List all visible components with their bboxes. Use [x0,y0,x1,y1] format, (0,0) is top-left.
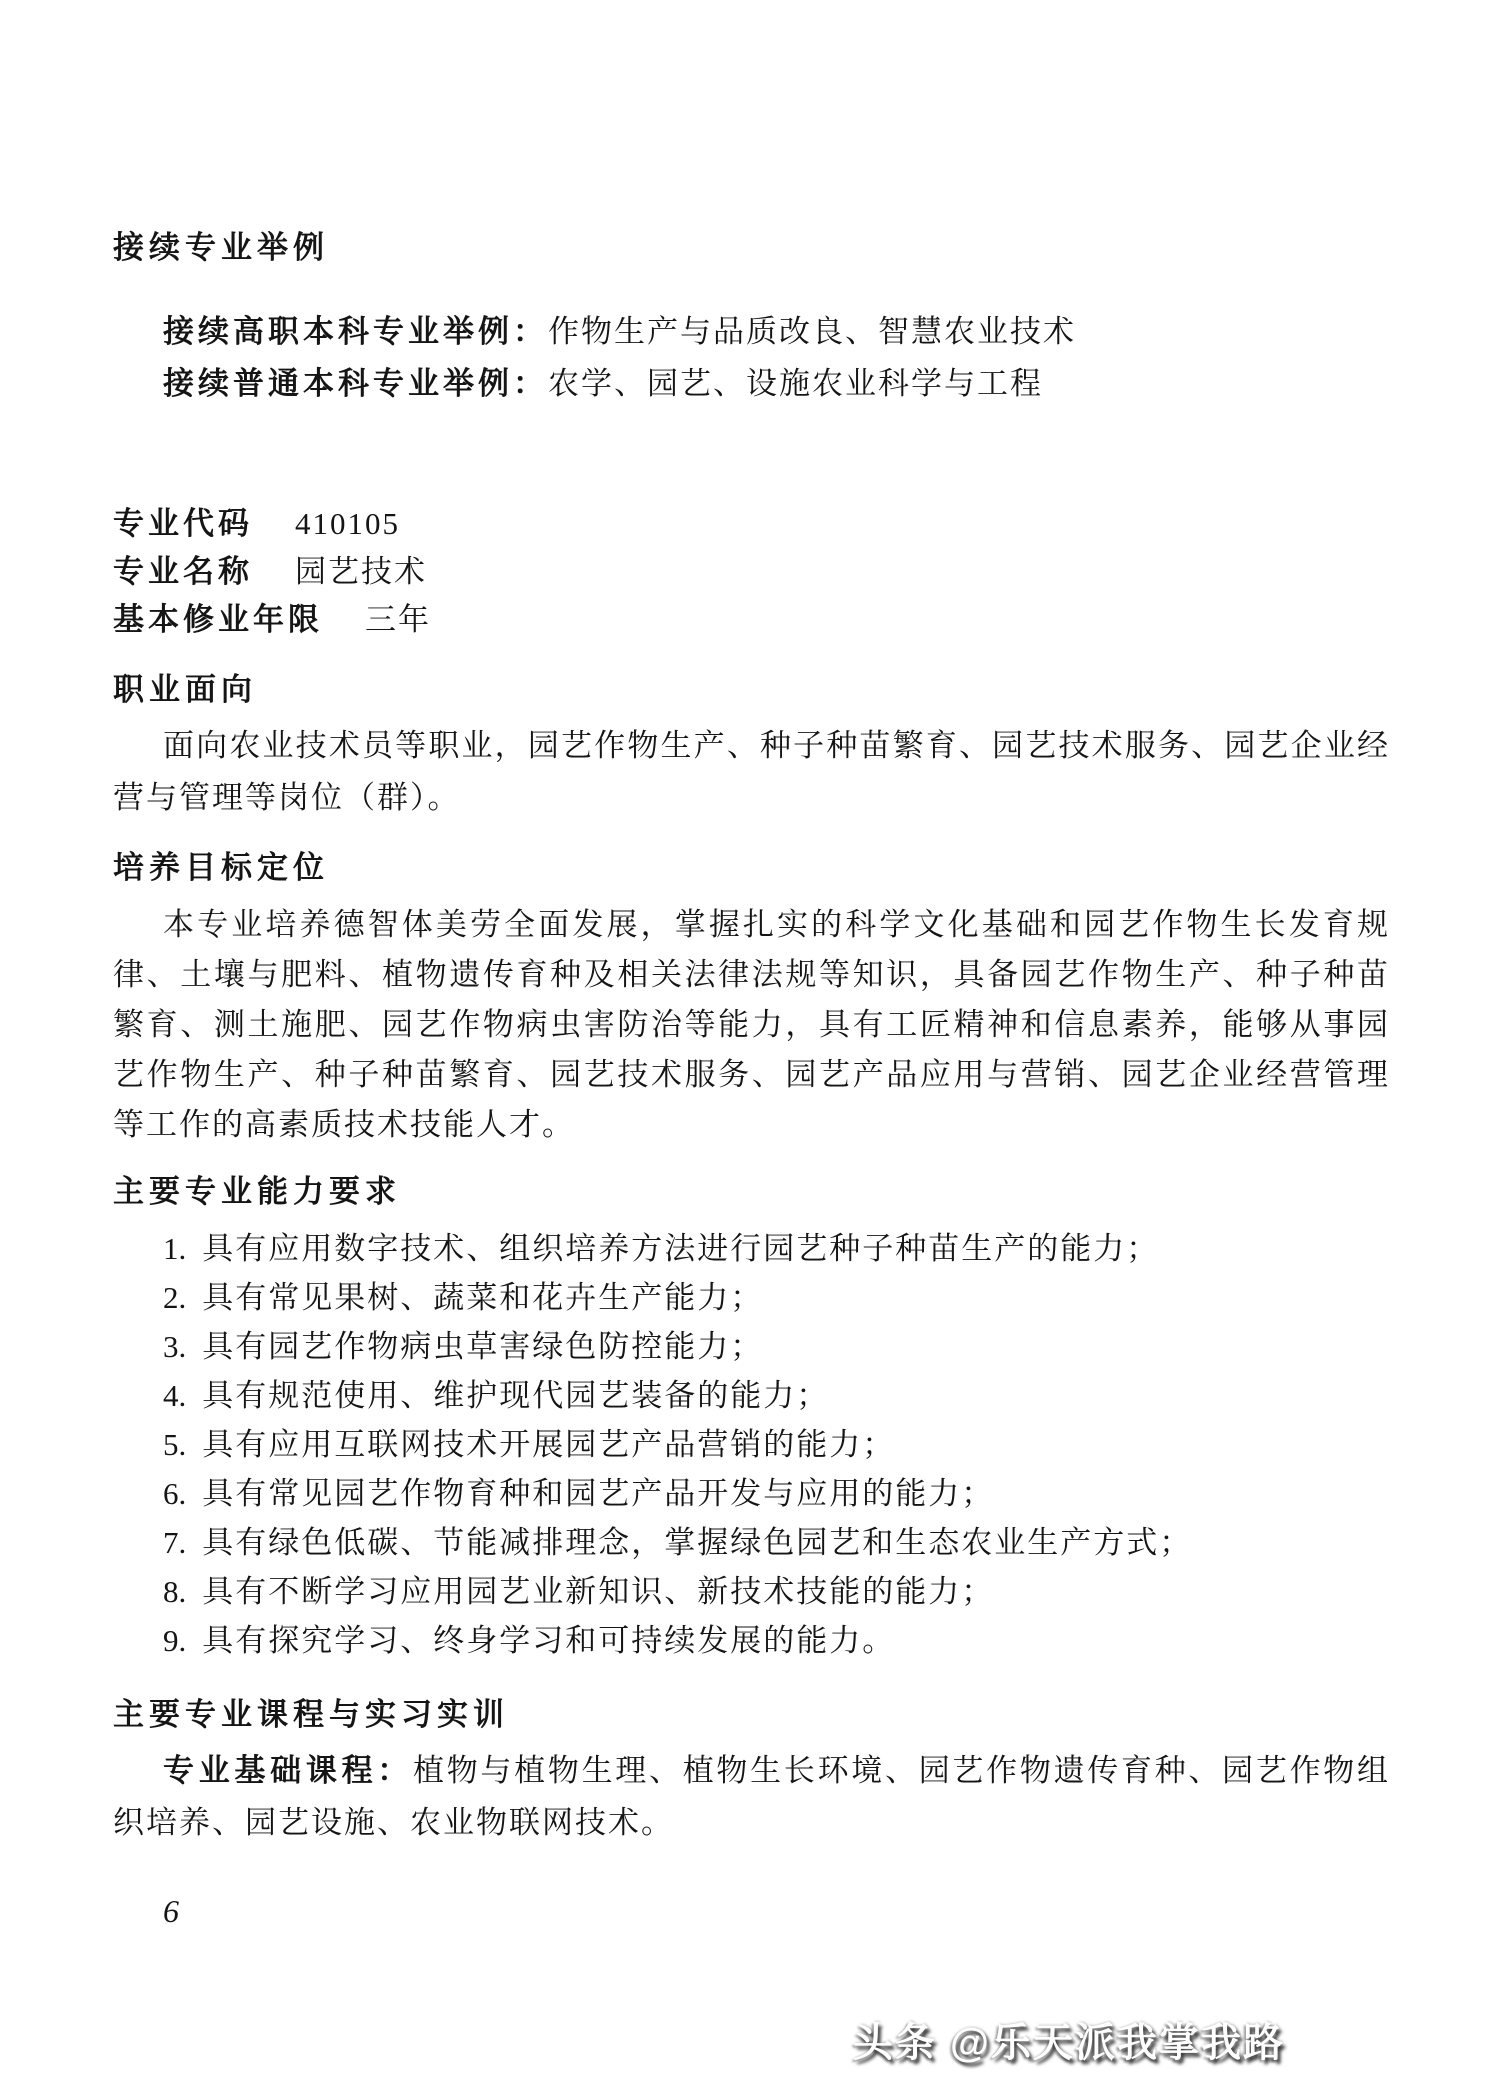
ability-item-number: 3. [163,1329,186,1364]
ability-item-number: 4. [163,1378,186,1413]
ability-item: 8.具有不断学习应用园艺业新知识、新技术技能的能力； [113,1567,1390,1616]
ability-item-text: 具有不断学习应用园艺业新知识、新技术技能的能力； [202,1574,994,1609]
study-years-value: 三年 [365,602,431,637]
major-info-block: 专业代码410105 专业名称园艺技术 基本修业年限三年 [113,500,1390,644]
ability-item: 9.具有探究学习、终身学习和可持续发展的能力。 [113,1616,1390,1665]
ability-item: 6.具有常见园艺作物育种和园艺产品开发与应用的能力； [113,1469,1390,1518]
ability-item-text: 具有园艺作物病虫草害绿色防控能力； [202,1329,763,1364]
continuing-major-label: 接续高职本科专业举例： [163,314,548,349]
section-heading-career-orientation: 职业面向 [113,668,1390,712]
study-years-label: 基本修业年限 [113,602,323,637]
career-orientation-paragraph: 面向农业技术员等职业，园艺作物生产、种子种苗繁育、园艺技术服务、园艺企业经营与管… [113,720,1390,824]
ability-item-number: 9. [163,1623,186,1658]
toutiao-watermark: 头条 @乐天派我掌我路 [853,2011,1285,2068]
continuing-major-line: 接续高职本科专业举例：作物生产与品质改良、智慧农业技术 [113,306,1390,358]
ability-item-text: 具有探究学习、终身学习和可持续发展的能力。 [202,1623,895,1658]
section-heading-training-objective: 培养目标定位 [113,846,1390,890]
ability-item: 2.具有常见果树、蔬菜和花卉生产能力； [113,1273,1390,1322]
ability-item: 3.具有园艺作物病虫草害绿色防控能力； [113,1322,1390,1371]
section-heading-continuing-majors: 接续专业举例 [113,226,1390,270]
document-content: 接续专业举例 接续高职本科专业举例：作物生产与品质改良、智慧农业技术 接续普通本… [113,0,1390,1930]
major-name-value: 园艺技术 [295,554,427,589]
major-name-line: 专业名称园艺技术 [113,548,1390,596]
major-name-label: 专业名称 [113,554,253,589]
continuing-major-value: 作物生产与品质改良、智慧农业技术 [548,314,1076,349]
ability-item-text: 具有绿色低碳、节能减排理念，掌握绿色园艺和生态农业生产方式； [202,1525,1192,1560]
ability-item: 1.具有应用数字技术、组织培养方法进行园艺种子种苗生产的能力； [113,1224,1390,1273]
study-years-line: 基本修业年限三年 [113,596,1390,644]
ability-item-number: 7. [163,1525,186,1560]
ability-item-number: 6. [163,1476,186,1511]
ability-item-number: 5. [163,1427,186,1462]
ability-item-number: 1. [163,1231,186,1266]
basic-courses-label: 专业基础课程： [163,1753,413,1788]
ability-item-number: 8. [163,1574,186,1609]
major-code-label: 专业代码 [113,506,253,541]
continuing-major-label: 接续普通本科专业举例： [163,366,548,401]
ability-item: 4.具有规范使用、维护现代园艺装备的能力； [113,1371,1390,1420]
training-objective-paragraph: 本专业培养德智体美劳全面发展，掌握扎实的科学文化基础和园艺作物生长发育规律、土壤… [113,900,1390,1150]
basic-courses-paragraph: 专业基础课程：植物与植物生理、植物生长环境、园艺作物遗传育种、园艺作物组织培养、… [113,1745,1390,1849]
ability-item-text: 具有规范使用、维护现代园艺装备的能力； [202,1378,829,1413]
ability-requirements-list: 1.具有应用数字技术、组织培养方法进行园艺种子种苗生产的能力； 2.具有常见果树… [113,1224,1390,1665]
continuing-major-line: 接续普通本科专业举例：农学、园艺、设施农业科学与工程 [113,358,1390,410]
continuing-majors-list: 接续高职本科专业举例：作物生产与品质改良、智慧农业技术 接续普通本科专业举例：农… [113,306,1390,410]
major-code-line: 专业代码410105 [113,500,1390,548]
ability-item: 7.具有绿色低碳、节能减排理念，掌握绿色园艺和生态农业生产方式； [113,1518,1390,1567]
section-heading-courses-training: 主要专业课程与实习实训 [113,1693,1390,1737]
page-number: 6 [113,1893,1390,1930]
major-code-value: 410105 [295,506,400,541]
ability-item: 5.具有应用互联网技术开展园艺产品营销的能力； [113,1420,1390,1469]
ability-item-number: 2. [163,1280,186,1315]
ability-item-text: 具有应用互联网技术开展园艺产品营销的能力； [202,1427,895,1462]
ability-item-text: 具有应用数字技术、组织培养方法进行园艺种子种苗生产的能力； [202,1231,1159,1266]
document-page: 接续专业举例 接续高职本科专业举例：作物生产与品质改良、智慧农业技术 接续普通本… [0,0,1503,2094]
ability-item-text: 具有常见园艺作物育种和园艺产品开发与应用的能力； [202,1476,994,1511]
continuing-major-value: 农学、园艺、设施农业科学与工程 [548,366,1043,401]
section-heading-ability-requirements: 主要专业能力要求 [113,1170,1390,1214]
ability-item-text: 具有常见果树、蔬菜和花卉生产能力； [202,1280,763,1315]
